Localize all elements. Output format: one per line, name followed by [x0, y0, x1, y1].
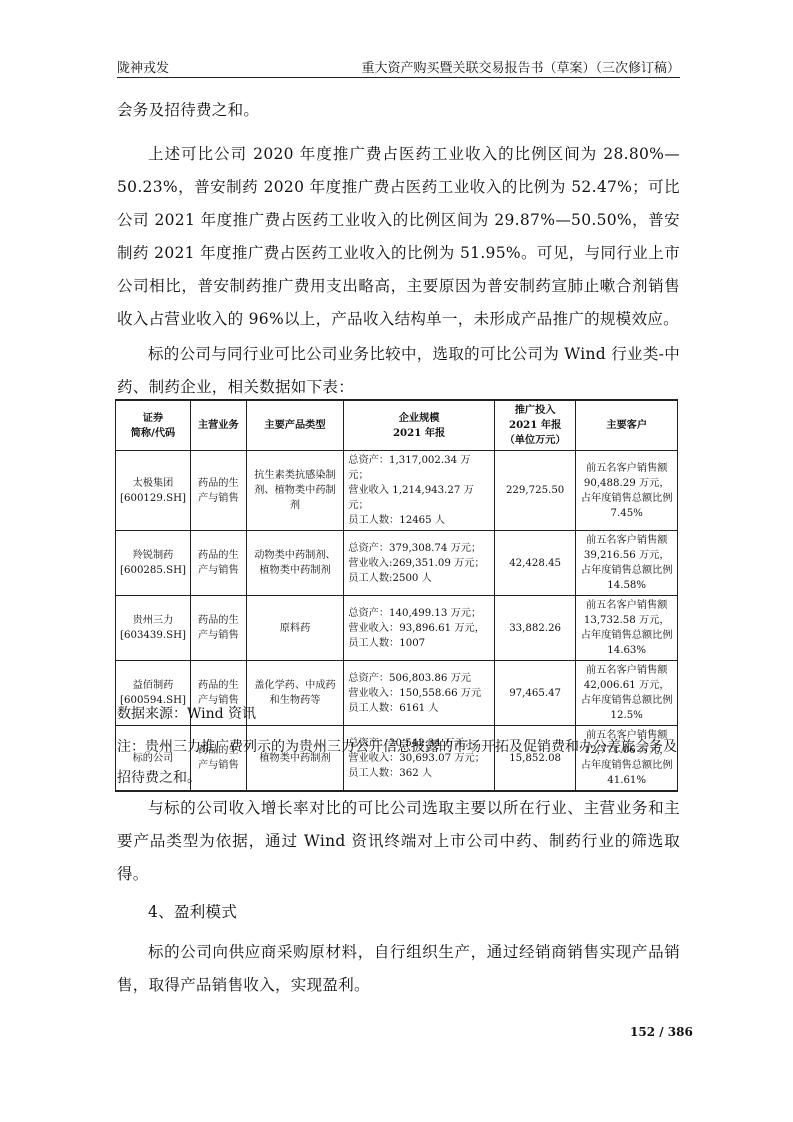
- paragraph-comparable-intro: 标的公司与同行业可比公司业务比较中，选取的可比公司为 Wind 行业类-中药、制…: [117, 338, 680, 404]
- cell-promotion: 33,882.26: [494, 596, 576, 661]
- cell-customers: 前五名客户销售额 90,488.29 万元，占年度销售总额比例 7.45%: [576, 451, 678, 531]
- table-header-row: 证券 简称/代码 主营业务 主要产品类型 企业规模 2021 年报 推广投入 2…: [116, 400, 678, 451]
- header-scale: 企业规模 2021 年报: [344, 400, 495, 451]
- paragraph-selection-basis: 与标的公司收入增长率对比的可比公司选取主要以所在行业、主营业务和主要产品类型为依…: [117, 792, 680, 891]
- header-customers: 主要客户: [576, 400, 678, 451]
- page-header: 陇神戎发 重大资产购买暨关联交易报告书（草案）（三次修订稿）: [117, 57, 680, 78]
- data-source-note: 数据来源：Wind 资讯: [117, 700, 680, 728]
- cell-business: 药品的生产与销售: [190, 451, 246, 531]
- header-main-business: 主营业务: [190, 400, 246, 451]
- cell-product: 抗生素类抗感染制剂、植物类中药制剂: [246, 451, 344, 531]
- page-number: 152 / 386: [630, 1025, 693, 1039]
- paragraph-promotion-ratio: 上述可比公司 2020 年度推广费占医药工业收入的比例区间为 28.80%—50…: [117, 138, 680, 336]
- header-promotion: 推广投入 2021 年报 （单位万元）: [494, 400, 576, 451]
- paragraph-continuation: 会务及招待费之和。: [117, 94, 680, 127]
- table-row: 羚锐制药 [600285.SH] 药品的生产与销售 动物类中药制剂、植物类中药制…: [116, 531, 678, 596]
- cell-scale: 总资产：140,499.13 万元； 营业收入：93,896.61 万元， 员工…: [344, 596, 495, 661]
- cell-scale: 总资产：379,308.74 万元； 营业收入:269,351.09 万元； 员…: [344, 531, 495, 596]
- cell-security: 太极集团 [600129.SH]: [116, 451, 191, 531]
- section-title-profit-model: 4、盈利模式: [117, 896, 680, 929]
- cell-scale: 总资产：1,317,002.34 万元； 营业收入 1,214,943.27 万…: [344, 451, 495, 531]
- table-footnote: 注：贵州三力推广费列示的为贵州三力公开信息披露的市场开拓及促销费和办公差旅会务及…: [117, 732, 680, 794]
- cell-promotion: 229,725.50: [494, 451, 576, 531]
- cell-business: 药品的生产与销售: [190, 531, 246, 596]
- cell-promotion: 42,428.45: [494, 531, 576, 596]
- cell-customers: 前五名客户销售额 13,732.58 万元，占年度销售总额比例 14.63%: [576, 596, 678, 661]
- cell-security: 贵州三力 [603439.SH]: [116, 596, 191, 661]
- header-doc-title: 重大资产购买暨关联交易报告书（草案）（三次修订稿）: [361, 57, 680, 76]
- cell-customers: 前五名客户销售额 39,216.56 万元，占年度销售总额比例 14.58%: [576, 531, 678, 596]
- cell-product: 动物类中药制剂、植物类中药制剂: [246, 531, 344, 596]
- header-product-type: 主要产品类型: [246, 400, 344, 451]
- table-row: 太极集团 [600129.SH] 药品的生产与销售 抗生素类抗感染制剂、植物类中…: [116, 451, 678, 531]
- cell-business: 药品的生产与销售: [190, 596, 246, 661]
- paragraph-profit-model: 标的公司向供应商采购原材料，自行组织生产，通过经销商销售实现产品销售，取得产品销…: [117, 936, 680, 1002]
- header-security: 证券 简称/代码: [116, 400, 191, 451]
- table-row: 贵州三力 [603439.SH] 药品的生产与销售 原料药 总资产：140,49…: [116, 596, 678, 661]
- cell-product: 原料药: [246, 596, 344, 661]
- header-company: 陇神戎发: [117, 57, 169, 76]
- cell-security: 羚锐制药 [600285.SH]: [116, 531, 191, 596]
